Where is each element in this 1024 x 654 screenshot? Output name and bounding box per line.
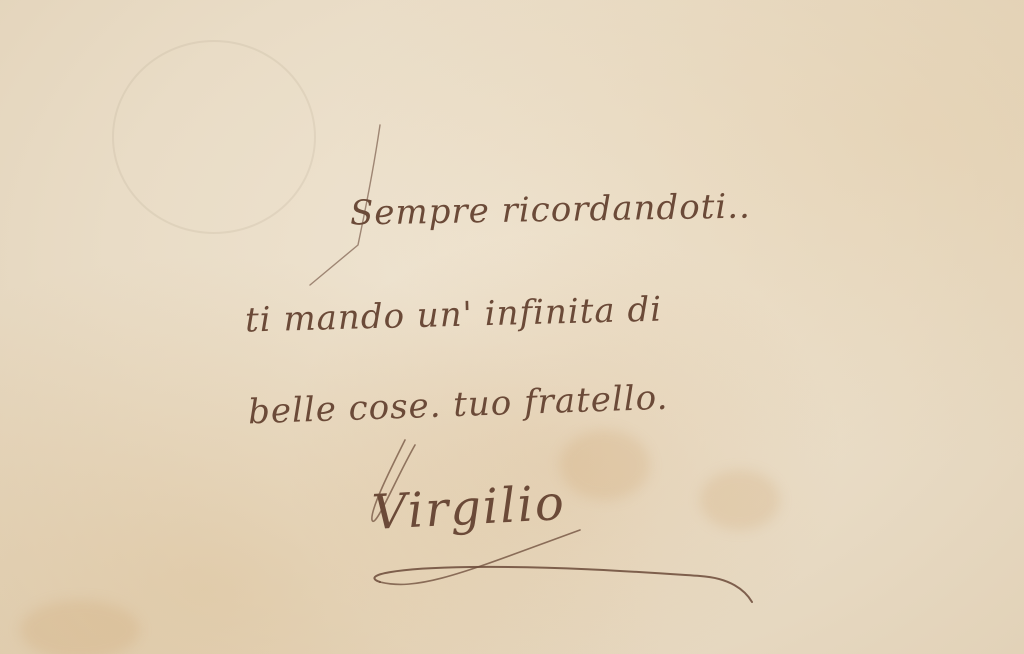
postcard: Sempre ricordandoti.. ti mando un' infin…	[0, 0, 1024, 654]
signature-flourish	[0, 0, 1024, 654]
